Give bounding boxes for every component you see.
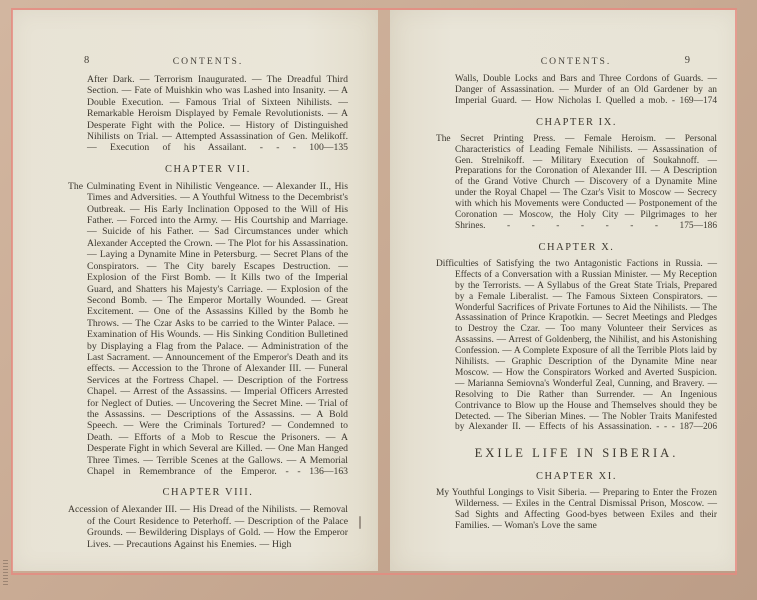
- toc-entry-chapter-7: The Culminating Event in Nihilistic Veng…: [68, 181, 348, 478]
- page-number-left: 8: [84, 55, 89, 66]
- chapter-9-heading: CHAPTER IX.: [436, 117, 717, 128]
- margin-stamp: [3, 560, 8, 587]
- entry-text: Accession of Alexander III. — His Dread …: [68, 504, 348, 549]
- toc-entry-chapter-10: Difficulties of Satisfying the two Antag…: [436, 259, 717, 434]
- chapter-10-heading: CHAPTER X.: [436, 242, 717, 253]
- leader-dashes: - - -: [260, 142, 296, 153]
- toc-entry-continuation-after-dark: After Dark. — Terrorism Inaugurated. — T…: [68, 74, 348, 154]
- leader-dashes: - - -: [656, 422, 675, 432]
- entry-text: The Secret Printing Press. — Female Hero…: [436, 134, 717, 231]
- page-range: 169—174: [680, 96, 718, 106]
- page-range: 187—206: [680, 422, 718, 432]
- stray-ink-mark: [359, 516, 361, 529]
- toc-entry-continuation-walls: Walls, Double Locks and Bars and Three C…: [436, 74, 717, 107]
- toc-body-left: After Dark. — Terrorism Inaugurated. — T…: [68, 74, 348, 550]
- page-header-left: 8 CONTENTS.: [68, 56, 348, 67]
- page-range: 136—163: [309, 466, 348, 477]
- entry-text: Walls, Double Locks and Bars and Three C…: [455, 74, 717, 106]
- leader-dashes: -: [672, 96, 675, 106]
- leader-dashes: - -: [286, 466, 301, 477]
- leader-dashes: - - - - - - -: [507, 221, 658, 231]
- toc-body-right: Walls, Double Locks and Bars and Three C…: [436, 74, 717, 532]
- entry-text: Difficulties of Satisfying the two Antag…: [436, 259, 717, 433]
- entry-text: The Culminating Event in Nihilistic Veng…: [68, 181, 348, 477]
- book-page-right: CONTENTS. 9 Walls, Double Locks and Bars…: [390, 10, 737, 571]
- entry-text: My Youthful Longings to Visit Siberia. —…: [436, 488, 717, 531]
- page-number-right: 9: [685, 55, 690, 66]
- running-head-left: CONTENTS.: [173, 56, 244, 67]
- running-head-right: CONTENTS.: [541, 56, 612, 67]
- page-range: 175—186: [680, 221, 718, 231]
- toc-entry-chapter-8: Accession of Alexander III. — His Dread …: [68, 504, 348, 550]
- chapter-8-heading: CHAPTER VIII.: [68, 487, 348, 498]
- toc-entry-chapter-9: The Secret Printing Press. — Female Hero…: [436, 134, 717, 232]
- toc-entry-chapter-11: My Youthful Longings to Visit Siberia. —…: [436, 488, 717, 532]
- book-page-left: 8 CONTENTS. After Dark. — Terrorism Inau…: [12, 10, 378, 571]
- page-range: 100—135: [309, 142, 348, 153]
- chapter-7-heading: CHAPTER VII.: [68, 164, 348, 175]
- chapter-11-heading: CHAPTER XI.: [436, 471, 717, 482]
- page-header-right: CONTENTS. 9: [436, 56, 716, 67]
- section-heading-exile-life: EXILE LIFE IN SIBERIA.: [436, 446, 717, 461]
